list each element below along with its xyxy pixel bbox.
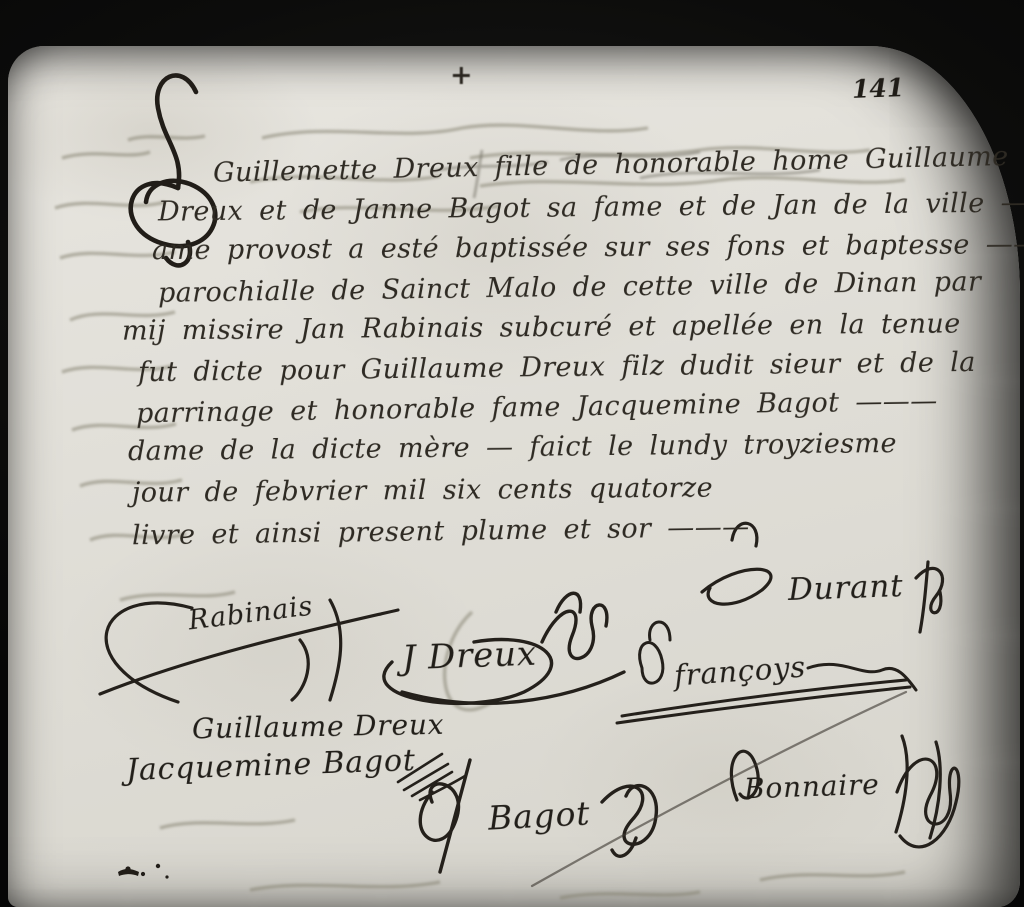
record-line: ame provost a esté baptissée sur ses fon… (152, 229, 1024, 266)
signature-j-dreux: J Dreux (401, 634, 537, 679)
signature-guillaume-dreux: Guillaume Dreux (192, 708, 445, 745)
signature-bonnaire: Bonnaire (743, 768, 880, 806)
signature-bagot: Bagot (487, 793, 591, 837)
manuscript-scan: { "page": { "folio_number": "141", "head… (0, 0, 1024, 907)
folio-number: 141 (852, 73, 905, 104)
header-cross-mark: + (450, 60, 473, 91)
record-line: jour de febvrier mil six cents quatorze (132, 472, 713, 508)
signature-durant: Durant (787, 568, 904, 608)
scan-area: + 141 Guillemette Dreux fille de honorab… (0, 0, 1024, 907)
